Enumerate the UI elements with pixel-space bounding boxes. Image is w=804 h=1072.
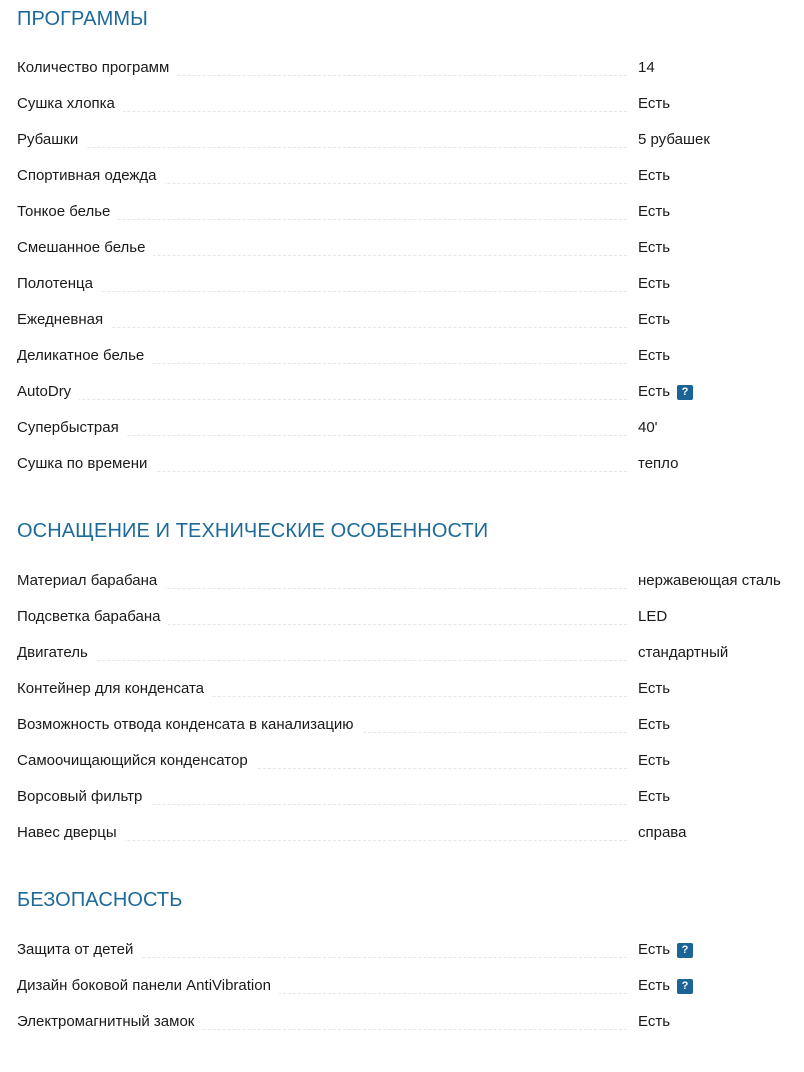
spec-label: Самоочищающийся конденсатор bbox=[17, 752, 256, 770]
help-icon[interactable]: ? bbox=[677, 943, 693, 958]
spec-row: Смешанное бельеЕсть bbox=[17, 239, 804, 275]
spec-value: Есть bbox=[638, 1013, 670, 1031]
spec-value: Есть bbox=[638, 203, 670, 221]
spec-value: Есть bbox=[638, 752, 670, 770]
spec-row: Двигательстандартный bbox=[17, 644, 804, 680]
spec-label: Возможность отвода конденсата в канализа… bbox=[17, 716, 362, 734]
spec-value-text: Есть bbox=[638, 311, 670, 329]
spec-value-text: Есть bbox=[638, 275, 670, 293]
spec-value-text: Есть bbox=[638, 203, 670, 221]
spec-value-text: нержавеющая сталь bbox=[638, 572, 781, 590]
spec-value-text: справа bbox=[638, 824, 686, 842]
spec-value: 5 рубашек bbox=[638, 131, 710, 149]
spec-value-text: 40' bbox=[638, 419, 658, 437]
spec-value: справа bbox=[638, 824, 686, 842]
spec-row: Ворсовый фильтрЕсть bbox=[17, 788, 804, 824]
dotted-leader bbox=[17, 291, 627, 292]
spec-row: Тонкое бельеЕсть bbox=[17, 203, 804, 239]
section-programs: ПРОГРАММЫ Количество программ14Сушка хло… bbox=[17, 7, 804, 31]
spec-value-text: Есть bbox=[638, 716, 670, 734]
spec-label: Электромагнитный замок bbox=[17, 1013, 202, 1031]
spec-label: Сушка по времени bbox=[17, 455, 155, 473]
spec-value-text: Есть bbox=[638, 383, 670, 401]
spec-value: Есть bbox=[638, 95, 670, 113]
spec-label: Материал барабана bbox=[17, 572, 165, 590]
spec-row: Спортивная одеждаЕсть bbox=[17, 167, 804, 203]
spec-value-text: Есть bbox=[638, 239, 670, 257]
spec-value: Есть bbox=[638, 275, 670, 293]
section-safety: БЕЗОПАСНОСТЬ Защита от детейЕсть?Дизайн … bbox=[17, 888, 804, 912]
spec-row: ЕжедневнаяЕсть bbox=[17, 311, 804, 347]
spec-value: Есть bbox=[638, 311, 670, 329]
spec-label: Дизайн боковой панели AntiVibration bbox=[17, 977, 279, 995]
spec-label: Навес дверцы bbox=[17, 824, 125, 842]
spec-value: Есть bbox=[638, 347, 670, 365]
dotted-leader bbox=[17, 399, 627, 400]
help-icon[interactable]: ? bbox=[677, 979, 693, 994]
spec-label: Ворсовый фильтр bbox=[17, 788, 150, 806]
spec-value-text: тепло bbox=[638, 455, 678, 473]
spec-label: Подсветка барабана bbox=[17, 608, 168, 626]
spec-value-text: Есть bbox=[638, 1013, 670, 1031]
spec-row: Деликатное бельеЕсть bbox=[17, 347, 804, 383]
spec-label: Деликатное белье bbox=[17, 347, 152, 365]
section-title-equipment: ОСНАЩЕНИЕ И ТЕХНИЧЕСКИЕ ОСОБЕННОСТИ bbox=[17, 519, 804, 543]
spec-value-text: Есть bbox=[638, 752, 670, 770]
spec-value-text: Есть bbox=[638, 788, 670, 806]
spec-label: Рубашки bbox=[17, 131, 86, 149]
spec-value: Есть? bbox=[638, 941, 693, 959]
spec-label: Полотенца bbox=[17, 275, 101, 293]
spec-list-programs: Количество программ14Сушка хлопкаЕстьРуб… bbox=[17, 59, 804, 491]
spec-row: Сушка хлопкаЕсть bbox=[17, 95, 804, 131]
section-title-programs: ПРОГРАММЫ bbox=[17, 7, 804, 31]
spec-label: Супербыстрая bbox=[17, 419, 127, 437]
spec-value: 40' bbox=[638, 419, 658, 437]
spec-row: Электромагнитный замокЕсть bbox=[17, 1013, 804, 1049]
spec-value-text: Есть bbox=[638, 977, 670, 995]
spec-row: Возможность отвода конденсата в канализа… bbox=[17, 716, 804, 752]
spec-value: Есть? bbox=[638, 383, 693, 401]
spec-row: Подсветка барабанаLED bbox=[17, 608, 804, 644]
spec-label: Двигатель bbox=[17, 644, 96, 662]
dotted-leader bbox=[17, 660, 627, 661]
spec-value: Есть? bbox=[638, 977, 693, 995]
spec-value: Есть bbox=[638, 788, 670, 806]
spec-row: Супербыстрая40' bbox=[17, 419, 804, 455]
spec-row: Защита от детейЕсть? bbox=[17, 941, 804, 977]
spec-row: Навес дверцысправа bbox=[17, 824, 804, 860]
spec-row: Контейнер для конденсатаЕсть bbox=[17, 680, 804, 716]
spec-value-text: Есть bbox=[638, 167, 670, 185]
spec-value-text: Есть bbox=[638, 95, 670, 113]
help-icon[interactable]: ? bbox=[677, 385, 693, 400]
spec-value: LED bbox=[638, 608, 667, 626]
spec-label: Сушка хлопка bbox=[17, 95, 123, 113]
spec-value-text: 14 bbox=[638, 59, 655, 77]
spec-label: AutoDry bbox=[17, 383, 79, 401]
spec-value-text: Есть bbox=[638, 941, 670, 959]
spec-list-safety: Защита от детейЕсть?Дизайн боковой панел… bbox=[17, 941, 804, 1049]
spec-row: ПолотенцаЕсть bbox=[17, 275, 804, 311]
spec-row: Сушка по временитепло bbox=[17, 455, 804, 491]
spec-value: нержавеющая сталь bbox=[638, 572, 781, 590]
spec-value: стандартный bbox=[638, 644, 728, 662]
spec-row: AutoDryЕсть? bbox=[17, 383, 804, 419]
spec-value: Есть bbox=[638, 716, 670, 734]
spec-row: Дизайн боковой панели AntiVibrationЕсть? bbox=[17, 977, 804, 1013]
spec-label: Защита от детей bbox=[17, 941, 141, 959]
spec-value-text: Есть bbox=[638, 680, 670, 698]
spec-value-text: LED bbox=[638, 608, 667, 626]
spec-row: Рубашки5 рубашек bbox=[17, 131, 804, 167]
spec-label: Тонкое белье bbox=[17, 203, 118, 221]
spec-value: Есть bbox=[638, 167, 670, 185]
spec-value: Есть bbox=[638, 239, 670, 257]
section-title-safety: БЕЗОПАСНОСТЬ bbox=[17, 888, 804, 912]
dotted-leader bbox=[17, 147, 627, 148]
spec-value-text: 5 рубашек bbox=[638, 131, 710, 149]
spec-label: Количество программ bbox=[17, 59, 177, 77]
spec-row: Материал барабананержавеющая сталь bbox=[17, 572, 804, 608]
spec-label: Смешанное белье bbox=[17, 239, 153, 257]
spec-label: Ежедневная bbox=[17, 311, 111, 329]
spec-row: Количество программ14 bbox=[17, 59, 804, 95]
spec-value: Есть bbox=[638, 680, 670, 698]
spec-value-text: Есть bbox=[638, 347, 670, 365]
section-equipment: ОСНАЩЕНИЕ И ТЕХНИЧЕСКИЕ ОСОБЕННОСТИ Мате… bbox=[17, 519, 804, 543]
spec-label: Спортивная одежда bbox=[17, 167, 165, 185]
spec-value-text: стандартный bbox=[638, 644, 728, 662]
spec-row: Самоочищающийся конденсаторЕсть bbox=[17, 752, 804, 788]
spec-label: Контейнер для конденсата bbox=[17, 680, 212, 698]
spec-value: 14 bbox=[638, 59, 655, 77]
spec-value: тепло bbox=[638, 455, 678, 473]
spec-list-equipment: Материал барабананержавеющая стальПодсве… bbox=[17, 572, 804, 860]
